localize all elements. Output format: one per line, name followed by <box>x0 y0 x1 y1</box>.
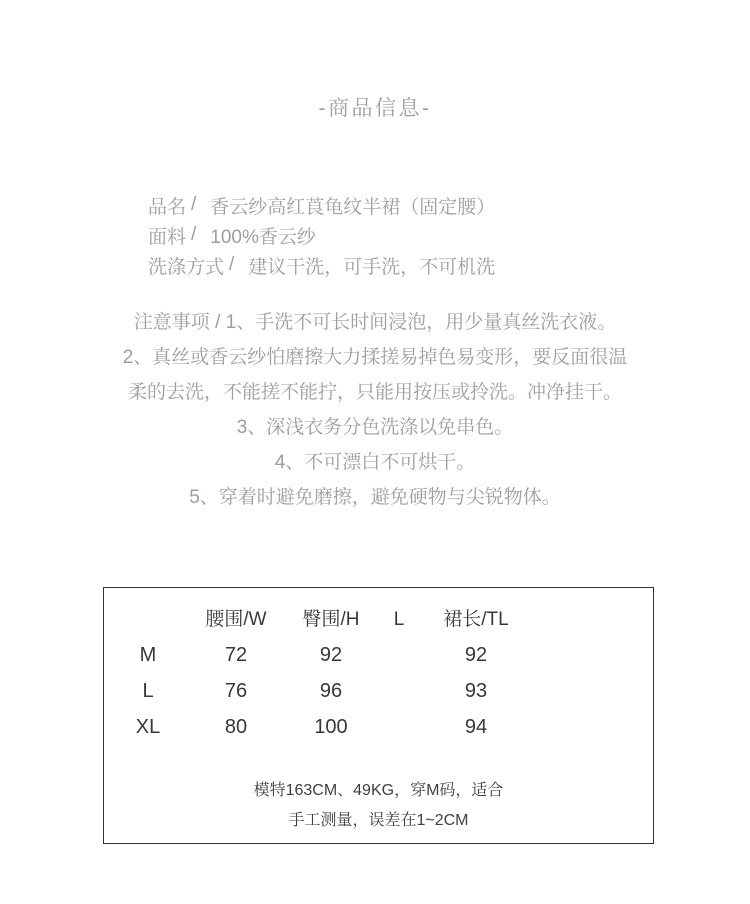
attribute-label: 品名 <box>148 192 186 219</box>
size-chart: 腰围/W 臀围/H L 裙长/TL M 72 92 92 L 76 96 93 … <box>103 587 654 844</box>
l-cell <box>382 637 416 673</box>
header-waist: 腰围/W <box>192 603 280 637</box>
skirt-length-cell: 94 <box>416 709 536 745</box>
note-tolerance: 手工测量，误差在1~2CM <box>104 806 653 836</box>
care-line: 3、深浅衣务分色洗涤以免串色。 <box>0 410 750 445</box>
attribute-row-washing: 洗涤方式 / 建议干洗，可手洗，不可机洗 <box>148 250 495 280</box>
header-size <box>104 603 192 637</box>
l-cell <box>382 709 416 745</box>
size-row-xl: XL 80 100 94 <box>104 709 653 745</box>
product-detail-page: -商品信息- 品名 / 香云纱高红莨龟纹半裙（固定腰） 面料 / 100%香云纱… <box>0 0 750 904</box>
waist-cell: 76 <box>192 673 280 709</box>
care-line: 注意事项 / 1、手洗不可长时间浸泡，用少量真丝洗衣液。 <box>0 305 750 340</box>
size-cell: L <box>104 673 192 709</box>
care-line: 5、穿着时避免磨擦，避免硬物与尖锐物体。 <box>0 480 750 515</box>
l-cell <box>382 673 416 709</box>
attribute-value: 100%香云纱 <box>210 222 316 249</box>
attribute-separator: / <box>229 254 234 276</box>
attribute-separator: / <box>191 224 196 246</box>
size-chart-notes: 模特163CM、49KG，穿M码，适合 手工测量，误差在1~2CM <box>104 776 653 836</box>
skirt-length-cell: 93 <box>416 673 536 709</box>
skirt-length-cell: 92 <box>416 637 536 673</box>
size-cell: XL <box>104 709 192 745</box>
attribute-row-name: 品名 / 香云纱高红莨龟纹半裙（固定腰） <box>148 190 495 220</box>
note-model-info: 模特163CM、49KG，穿M码，适合 <box>104 776 653 806</box>
care-line: 2、真丝或香云纱怕磨擦大力揉搓易掉色易变形，要反面很温 <box>0 340 750 375</box>
waist-cell: 72 <box>192 637 280 673</box>
page-title: -商品信息- <box>0 92 750 122</box>
attribute-separator: / <box>191 194 196 216</box>
attribute-label: 面料 <box>148 222 186 249</box>
size-row-l: L 76 96 93 <box>104 673 653 709</box>
attribute-row-fabric: 面料 / 100%香云纱 <box>148 220 495 250</box>
care-line: 柔的去洗，不能搓不能拧，只能用按压或拎洗。冲净挂干。 <box>0 375 750 410</box>
product-attributes: 品名 / 香云纱高红莨龟纹半裙（固定腰） 面料 / 100%香云纱 洗涤方式 /… <box>148 190 495 280</box>
size-cell: M <box>104 637 192 673</box>
header-hip: 臀围/H <box>280 603 382 637</box>
size-row-m: M 72 92 92 <box>104 637 653 673</box>
hip-cell: 100 <box>280 709 382 745</box>
attribute-label: 洗涤方式 <box>148 252 224 279</box>
hip-cell: 92 <box>280 637 382 673</box>
care-instructions: 注意事项 / 1、手洗不可长时间浸泡，用少量真丝洗衣液。 2、真丝或香云纱怕磨擦… <box>0 305 750 515</box>
header-l: L <box>382 603 416 637</box>
header-skirt-length: 裙长/TL <box>416 603 536 637</box>
hip-cell: 96 <box>280 673 382 709</box>
care-line: 4、不可漂白不可烘干。 <box>0 445 750 480</box>
waist-cell: 80 <box>192 709 280 745</box>
attribute-value: 香云纱高红莨龟纹半裙（固定腰） <box>210 192 495 219</box>
attribute-value: 建议干洗，可手洗，不可机洗 <box>248 252 495 279</box>
size-chart-header: 腰围/W 臀围/H L 裙长/TL <box>104 603 653 637</box>
